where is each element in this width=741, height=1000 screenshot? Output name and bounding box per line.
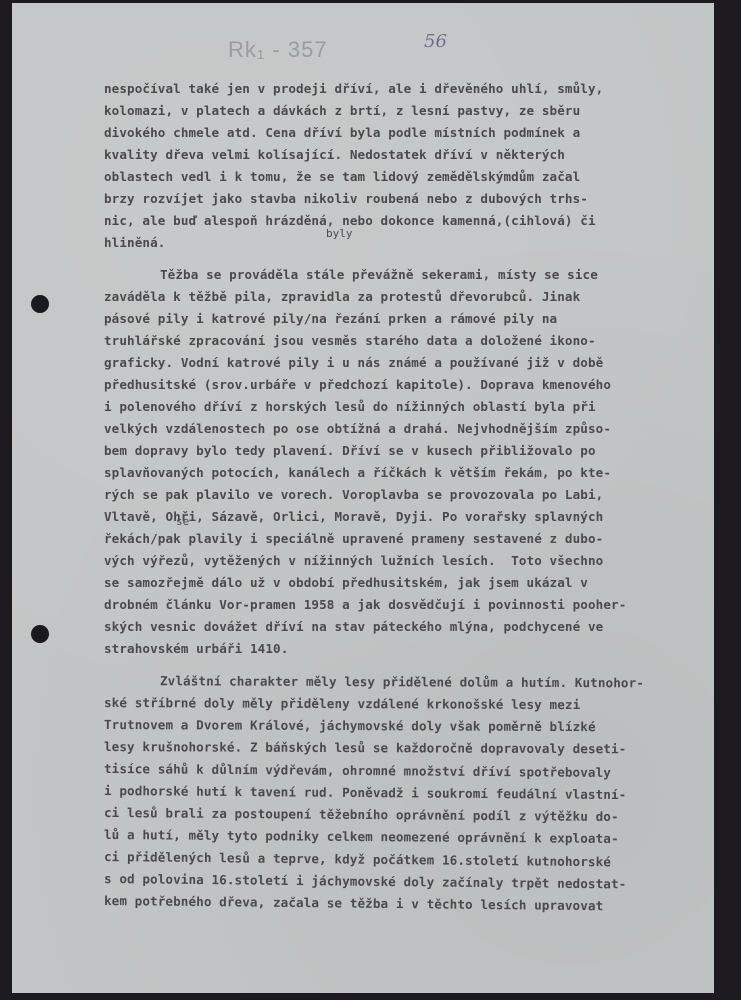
text-line: Trutnovem a Dvorem Králové, jáchymovské … (104, 714, 714, 739)
paragraph-gap (104, 660, 714, 670)
text-line: se samozřejmě dálo už v období předhusit… (104, 572, 714, 594)
text-line: řekách/pak plavily i speciálně upravené … (104, 528, 714, 550)
text-line: lesy krušnohorské. Z báňských lesů se ka… (104, 736, 714, 761)
paragraph: nespočíval také jen v prodeji dříví, ale… (104, 78, 714, 254)
text-line: graficky. Vodní katrové pily i u nás zná… (104, 352, 714, 374)
punch-hole (31, 295, 49, 313)
text-line: brzy rozvíjet jako stavba nikoliv rouben… (104, 188, 714, 210)
punch-hole (31, 625, 49, 643)
text-line: vých výřezů, vytěžených v nížinných lužn… (104, 550, 714, 572)
text-line: Těžba se prováděla stále převážně sekera… (104, 264, 714, 286)
text-line: ské stříbrné doly měly přiděleny vzdálen… (104, 692, 714, 717)
text-line: pásové pily i katrové pily/na řezání prk… (104, 308, 714, 330)
paragraph: Zvláštní charakter měly lesy přidělené d… (104, 670, 714, 912)
text-line: divokého chmele atd. Cena dříví byla pod… (104, 122, 714, 144)
text-line: ských vesnic dovážet dříví na stav pátec… (104, 616, 714, 638)
text-line: splavňovaných potocích, kanálech a říčká… (104, 462, 714, 484)
page-number: 56 (424, 31, 447, 52)
text-line: hliněná. (104, 232, 714, 254)
text-line: Zvláštní charakter měly lesy přidělené d… (104, 670, 714, 695)
text-line: nespočíval také jen v prodeji dříví, ale… (104, 78, 714, 100)
text-line: rých se pak plavilo ve vorech. Voroplavb… (104, 484, 714, 506)
text-line: Vltavě, Ohři, Sázavě, Orlici, Moravě, Dy… (104, 506, 714, 528)
document-body: nespočíval také jen v prodeji dříví, ale… (104, 78, 714, 912)
text-line: strahovském urbáři 1410. (104, 638, 714, 660)
archive-mark: Rk₁ - 357 (228, 37, 328, 63)
text-line: bem dopravy bylo tedy plavení. Dříví se … (104, 440, 714, 462)
text-line: oblastech vedl i k tomu, že se tam lidov… (104, 166, 714, 188)
text-line: předhusitské (srov.urbáře v předchozí ka… (104, 374, 714, 396)
text-line: truhlářské zpracování jsou vesměs staréh… (104, 330, 714, 352)
paragraph: Těžba se prováděla stále převážně sekera… (104, 264, 714, 660)
text-line: nic, ale buď alespoň hrázděná, nebo doko… (104, 210, 714, 232)
text-line: kolomazi, v platech a dávkách z brtí, z … (104, 100, 714, 122)
text-line: i polenového dříví z horských lesů do ní… (104, 396, 714, 418)
text-line: kvality dřeva velmi kolísající. Nedostat… (104, 144, 714, 166)
text-line: zaváděla k těžbě pila, zpravidla za prot… (104, 286, 714, 308)
text-line: drobném článku Vor-pramen 1958 a jak dos… (104, 594, 714, 616)
text-line: velkých vzdálenostech po ose obtížná a d… (104, 418, 714, 440)
paragraph-gap (104, 254, 714, 264)
